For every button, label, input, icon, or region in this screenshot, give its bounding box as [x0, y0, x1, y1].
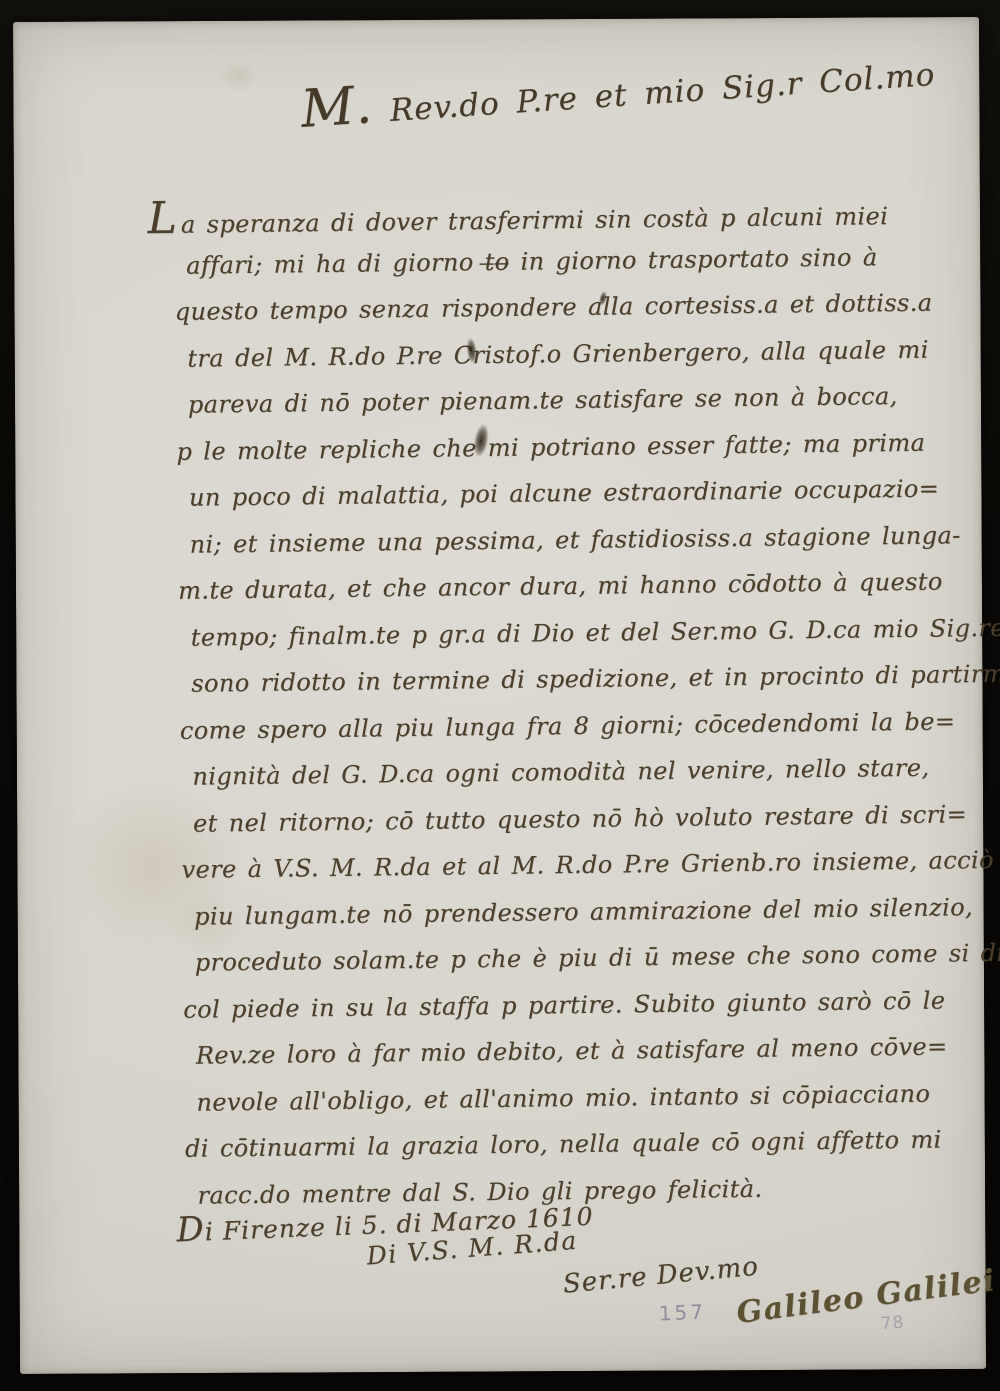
valediction: Ser.re Dev.mo [562, 1252, 760, 1300]
pencil-page-number: 78 [880, 1313, 905, 1335]
letter-body: La speranza di dover trasferirmi sin cos… [147, 186, 979, 1219]
salutation: M. Rev.do P.re et mio Sig.r Col.mo [299, 38, 937, 140]
archival-number: 157 [658, 1300, 706, 1326]
manuscript-page: M. Rev.do P.re et mio Sig.r Col.mo La sp… [13, 17, 986, 1374]
signature-galileo-galilei: Galileo Galilei [735, 1263, 998, 1331]
photo-background: { "photo": { "background_color": "#0b090… [0, 0, 1000, 1391]
